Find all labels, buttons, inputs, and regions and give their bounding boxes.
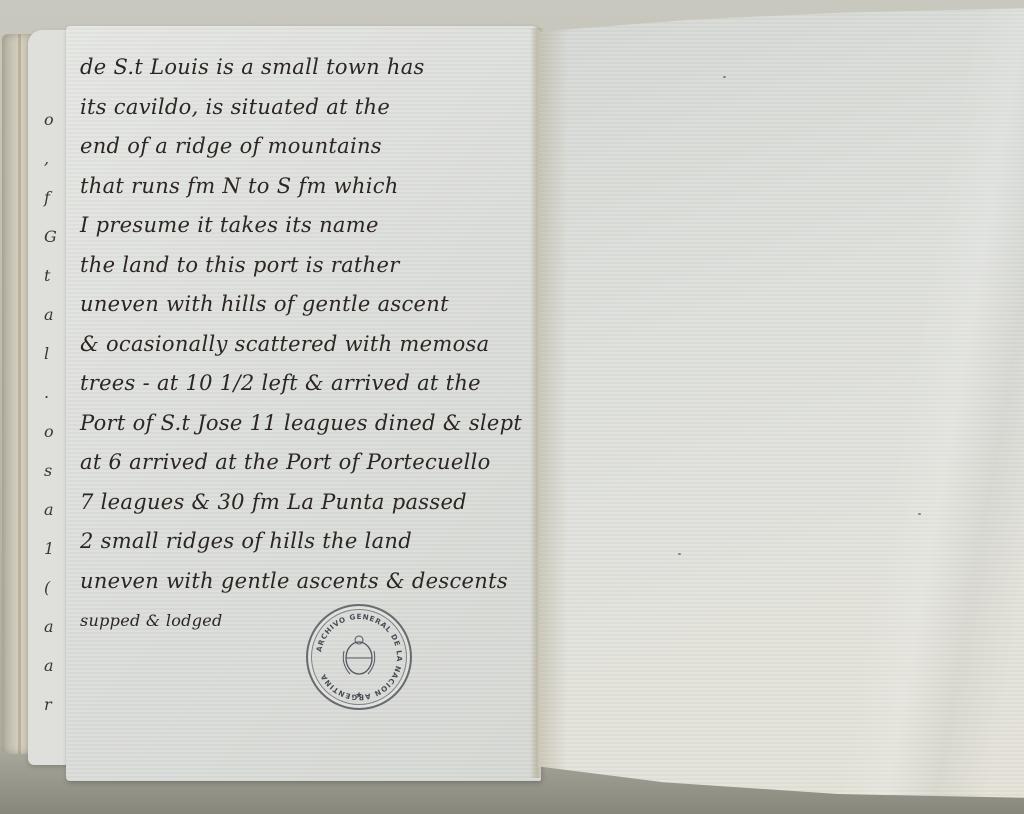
paper-speck xyxy=(723,76,726,78)
text-line: Port of S.t Jose 11 leagues dined & slep… xyxy=(80,404,540,444)
margin-fragment: o xyxy=(44,100,64,139)
margin-fragment: l xyxy=(44,334,64,373)
text-line: that runs fm N to S fm which xyxy=(80,167,540,207)
text-line: 2 small ridges of hills the land xyxy=(80,522,540,562)
archive-stamp: ARCHIVO GENERAL DE LA NACION ARGENTINA ★ xyxy=(306,604,412,710)
text-line: uneven with hills of gentle ascent xyxy=(80,285,540,325)
margin-fragment: t xyxy=(44,256,64,295)
stamp-star-icon: ★ xyxy=(355,691,363,701)
right-page-blank xyxy=(538,8,1024,798)
text-line: trees - at 10 1/2 left & arrived at the xyxy=(80,364,540,404)
margin-fragment: o xyxy=(44,412,64,451)
margin-fragment: f xyxy=(44,178,64,217)
margin-fragment: r xyxy=(44,685,64,724)
stamp-emblem-icon: ARCHIVO GENERAL DE LA NACION ARGENTINA ★ xyxy=(308,606,410,708)
margin-fragment: s xyxy=(44,451,64,490)
text-line: 7 leagues & 30 fm La Punta passed xyxy=(80,483,540,523)
page-crease xyxy=(538,8,568,798)
margin-fragment: , xyxy=(44,139,64,178)
margin-fragment: a xyxy=(44,646,64,685)
text-line: end of a ridge of mountains xyxy=(80,127,540,167)
margin-fragment: . xyxy=(44,373,64,412)
margin-fragment: 1 xyxy=(44,529,64,568)
margin-fragment: a xyxy=(44,295,64,334)
text-line: uneven with gentle ascents & descents xyxy=(80,562,540,602)
page-fold-highlight xyxy=(838,8,1024,798)
left-page: de S.t Louis is a small town has its cav… xyxy=(66,26,541,781)
text-line: de S.t Louis is a small town has xyxy=(80,48,540,88)
paper-speck xyxy=(678,553,681,555)
paper-speck xyxy=(918,513,921,515)
stamp-text: ARCHIVO GENERAL DE LA NACION ARGENTINA xyxy=(314,612,404,702)
handwritten-text: de S.t Louis is a small town has its cav… xyxy=(80,48,540,641)
text-line: I presume it takes its name xyxy=(80,206,540,246)
text-line: the land to this port is rather xyxy=(80,246,540,286)
margin-fragment: G xyxy=(44,217,64,256)
svg-text:ARCHIVO GENERAL DE LA NACION A: ARCHIVO GENERAL DE LA NACION ARGENTINA xyxy=(314,612,404,702)
text-line: at 6 arrived at the Port of Portecuello xyxy=(80,443,540,483)
margin-fragment: a xyxy=(44,490,64,529)
text-line: & ocasionally scattered with memosa xyxy=(80,325,540,365)
margin-fragment: a xyxy=(44,607,64,646)
margin-fragments: o , f G t a l . o s a 1 ( a a r xyxy=(44,100,64,720)
text-line: its cavildo, is situated at the xyxy=(80,88,540,128)
manuscript-photo: o , f G t a l . o s a 1 ( a a r de S.t L… xyxy=(0,0,1024,814)
margin-fragment: ( xyxy=(44,568,64,607)
